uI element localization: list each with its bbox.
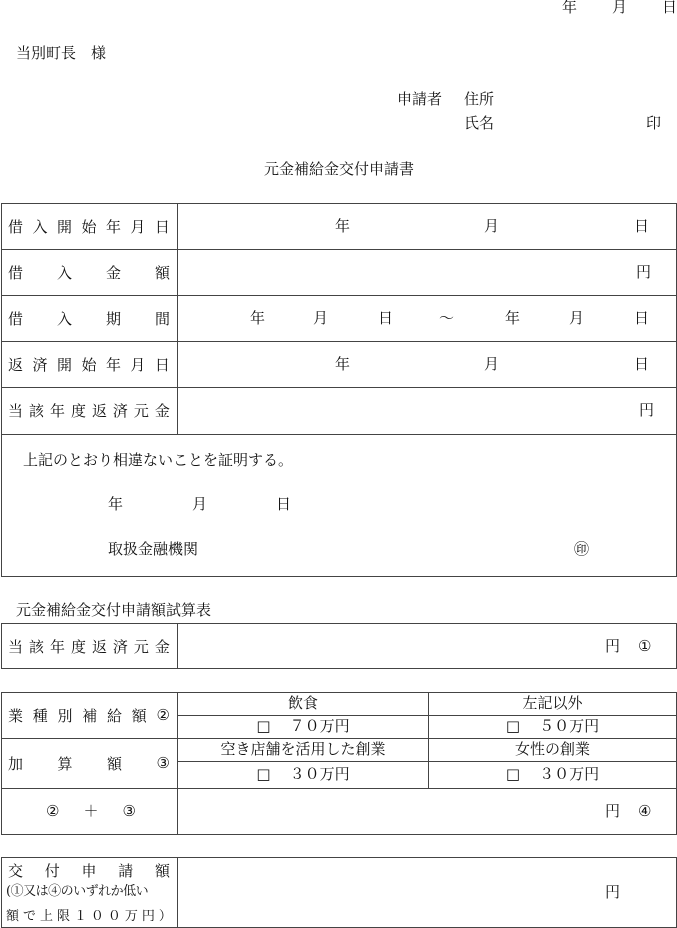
- period-to-year-unit: 年: [505, 311, 520, 326]
- label-repayment-start-date: 返済開始年月日: [8, 341, 170, 387]
- cert-date-month: 月: [192, 497, 207, 512]
- marker-4: ④: [638, 804, 651, 819]
- period-from-year-unit: 年: [250, 311, 265, 326]
- document-title: 元金補給金交付申請書: [264, 162, 414, 177]
- cert-date-year: 年: [108, 497, 123, 512]
- grant-yen-unit: 円: [605, 885, 620, 900]
- sum-field[interactable]: [178, 789, 598, 833]
- label-loan-start-date: 借入開始年月日: [8, 203, 170, 249]
- checkbox-food[interactable]: □: [256, 717, 270, 735]
- financial-institution-label: 取扱金融機関: [108, 542, 198, 557]
- calc-principal-field[interactable]: [178, 624, 598, 668]
- period-to-day-unit: 日: [634, 311, 649, 326]
- label-loan-amount: 借入金額: [8, 249, 170, 295]
- option-heading-female-founder: 女性の創業: [429, 742, 676, 757]
- checkbox-female-founder[interactable]: □: [506, 765, 520, 783]
- address-label: 住所: [464, 92, 494, 107]
- period-from-day-unit: 日: [378, 311, 393, 326]
- financial-institution-field[interactable]: [220, 537, 560, 561]
- option-heading-vacant-store: 空き店舗を活用した創業: [178, 742, 428, 757]
- date-month: 月: [612, 0, 627, 15]
- loan-start-field[interactable]: [178, 204, 676, 248]
- amount-food: ７０万円: [290, 717, 350, 735]
- certification-statement: 上記のとおり相違ないことを証明する。: [23, 453, 293, 468]
- amount-female-founder: ３０万円: [539, 765, 599, 783]
- option-heading-other: 左記以外: [429, 696, 676, 711]
- option-vacant-store[interactable]: □ ３０万円: [178, 767, 428, 782]
- repayment-start-year-unit: 年: [335, 357, 350, 372]
- calc-principal-yen-unit: 円: [605, 639, 620, 654]
- address-field[interactable]: [500, 88, 650, 108]
- calc-section-title: 元金補給金交付申請額試算表: [16, 603, 211, 618]
- repayment-start-month-unit: 月: [484, 357, 499, 372]
- label-loan-period: 借入期間: [8, 295, 170, 341]
- checkbox-vacant-store[interactable]: □: [256, 765, 270, 783]
- period-tilde: ～: [439, 311, 454, 326]
- sum-yen-unit: 円: [605, 804, 620, 819]
- period-to-month-unit: 月: [569, 311, 584, 326]
- amount-other: ５０万円: [539, 717, 599, 735]
- name-label: 氏名: [464, 116, 494, 131]
- addressee: 当別町長 様: [16, 46, 106, 61]
- cert-date-day: 日: [276, 497, 291, 512]
- name-field[interactable]: [500, 112, 640, 132]
- amount-vacant-store: ３０万円: [290, 765, 350, 783]
- loan-amount-yen-unit: 円: [636, 265, 651, 280]
- label-sum: ②＋③: [46, 804, 136, 819]
- checkbox-other[interactable]: □: [506, 717, 520, 735]
- label-current-year-principal: 当該年度返済元金: [8, 387, 170, 434]
- loan-start-year-unit: 年: [335, 219, 350, 234]
- label-calc-current-year-principal: 当該年度返済元金: [8, 623, 170, 669]
- circled-seal-icon: ㊞: [574, 542, 589, 557]
- label-grant-amount: 交付申請額: [8, 861, 170, 879]
- grant-amount-field[interactable]: [178, 858, 598, 927]
- loan-start-month-unit: 月: [484, 219, 499, 234]
- seal-mark: 印: [646, 116, 661, 131]
- option-female-founder[interactable]: □ ３０万円: [429, 767, 676, 782]
- date-day: 日: [662, 0, 677, 15]
- repayment-start-day-unit: 日: [634, 357, 649, 372]
- label-grant-note-line2: (①又は④のいずれか低い: [6, 885, 148, 898]
- marker-1: ①: [638, 639, 651, 654]
- applicant-label: 申請者: [397, 92, 442, 107]
- option-food[interactable]: □ ７０万円: [178, 719, 428, 734]
- repayment-start-field[interactable]: [178, 342, 676, 386]
- loan-start-day-unit: 日: [634, 219, 649, 234]
- current-year-principal-yen-unit: 円: [639, 403, 654, 418]
- label-industry-subsidy: 業種別補給額②: [8, 692, 170, 738]
- label-additional-amount: 加算額③: [8, 738, 170, 788]
- loan-amount-field[interactable]: [178, 250, 628, 294]
- option-heading-food: 飲食: [178, 696, 428, 711]
- option-other[interactable]: □ ５０万円: [429, 719, 676, 734]
- date-year: 年: [562, 0, 577, 15]
- period-from-month-unit: 月: [313, 311, 328, 326]
- label-grant-note-line3: 額で上限１００万円）: [6, 905, 172, 923]
- current-year-principal-field[interactable]: [178, 388, 628, 433]
